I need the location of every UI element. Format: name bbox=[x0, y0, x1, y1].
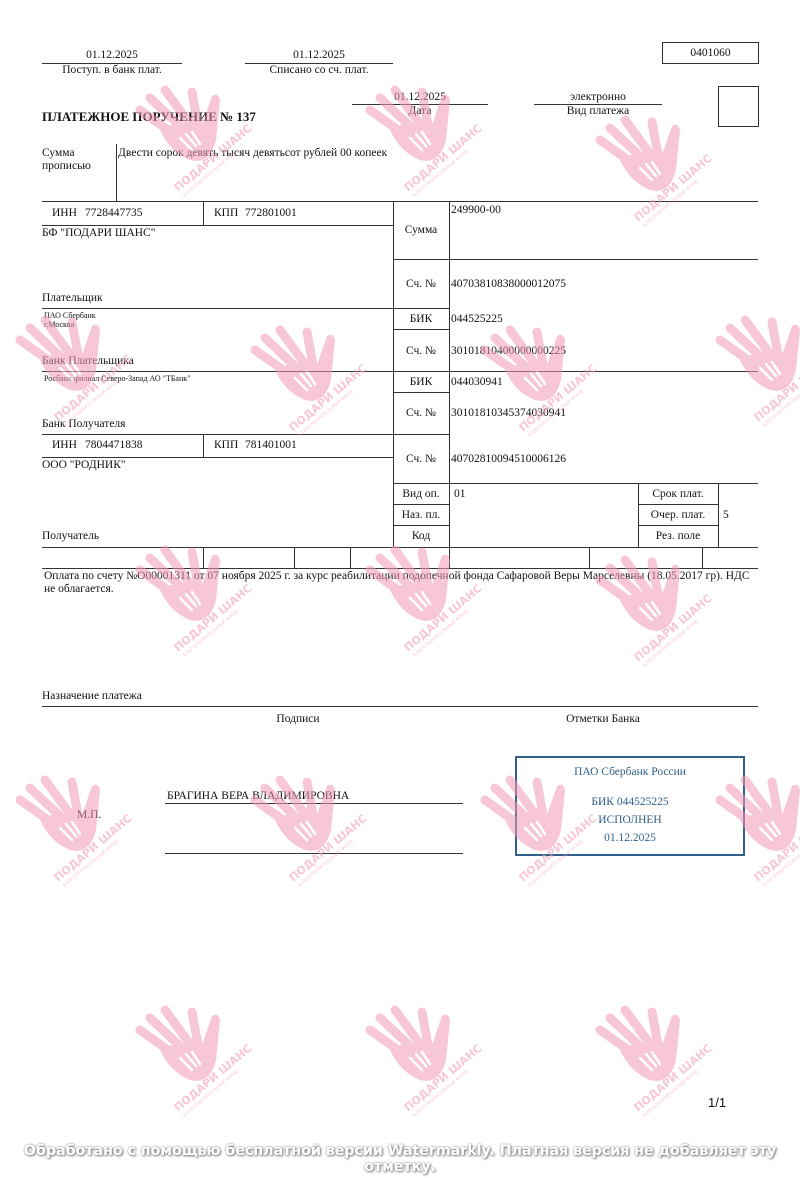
payer-bank-account: 30101810400000000225 bbox=[451, 345, 566, 357]
divider bbox=[42, 568, 758, 569]
watermark-logo-icon: ПОДАРИ ШАНС БЛАГОТВОРИТЕЛЬНЫЙ ФОНД bbox=[235, 320, 375, 440]
stamp-bik: БИК 044525225 bbox=[517, 796, 743, 808]
stamp-date: 01.12.2025 bbox=[517, 832, 743, 844]
recipient-account-label: Сч. № bbox=[393, 453, 449, 465]
payer-bank-account-label: Сч. № bbox=[393, 345, 449, 357]
code-label: Код bbox=[393, 530, 449, 542]
bank-marks-label: Отметки Банка bbox=[543, 713, 663, 725]
payer-bank-name: ПАО Сбербанк г.Москва bbox=[44, 311, 96, 329]
payment-type-label: Вид платежа bbox=[534, 105, 662, 117]
watermark-logo-icon: ПОДАРИ ШАНС БЛАГОТВОРИТЕЛЬНЫЙ ФОНД bbox=[350, 1000, 490, 1120]
term-label: Срок плат. bbox=[638, 488, 718, 500]
watermark-footer: Обработано с помощью бесплатной версии W… bbox=[0, 1143, 800, 1175]
svg-text:БЛАГОТВОРИТЕЛЬНЫЙ ФОНД: БЛАГОТВОРИТЕЛЬНЫЙ ФОНД bbox=[411, 1068, 469, 1119]
purpose-text: Оплата по счету №О00001311 от 07 ноября … bbox=[44, 570, 758, 596]
stamp-bank: ПАО Сбербанк России bbox=[517, 766, 743, 778]
signature-line bbox=[165, 803, 463, 804]
svg-text:ПОДАРИ ШАНС: ПОДАРИ ШАНС bbox=[752, 812, 800, 885]
bank-stamp: ПАО Сбербанк России БИК 044525225 ИСПОЛН… bbox=[515, 756, 745, 856]
stamp-place: М.П. bbox=[77, 809, 101, 821]
watermark-logo-icon: ПОДАРИ ШАНС БЛАГОТВОРИТЕЛЬНЫЙ ФОНД bbox=[120, 80, 260, 200]
amount-words-value: Двести сорок девять тысяч девятьсот рубл… bbox=[118, 147, 387, 159]
divider bbox=[589, 547, 590, 568]
svg-text:ПОДАРИ ШАНС: ПОДАРИ ШАНС bbox=[52, 812, 135, 885]
signer-name: БРАГИНА ВЕРА ВЛАДИМИРОВНА bbox=[167, 790, 349, 802]
svg-text:БЛАГОТВОРИТЕЛЬНЫЙ ФОНД: БЛАГОТВОРИТЕЛЬНЫЙ ФОНД bbox=[181, 608, 239, 659]
date-label: Дата bbox=[352, 105, 488, 117]
svg-text:ПОДАРИ ШАНС: ПОДАРИ ШАНС bbox=[287, 812, 370, 885]
purpose-label: Назначение платежа bbox=[42, 690, 142, 702]
svg-text:ПОДАРИ ШАНС: ПОДАРИ ШАНС bbox=[402, 1042, 485, 1115]
priority-label: Очер. плат. bbox=[638, 509, 718, 521]
divider bbox=[393, 525, 449, 526]
svg-text:БЛАГОТВОРИТЕЛЬНЫЙ ФОНД: БЛАГОТВОРИТЕЛЬНЫЙ ФОНД bbox=[641, 178, 699, 229]
divider bbox=[393, 392, 449, 393]
payer-inn-label: ИНН bbox=[52, 207, 77, 219]
divider bbox=[42, 225, 393, 226]
payer-account: 40703810838000012075 bbox=[451, 278, 566, 290]
svg-text:ПОДАРИ ШАНС: ПОДАРИ ШАНС bbox=[632, 152, 715, 225]
watermark-logo-icon: ПОДАРИ ШАНС БЛАГОТВОРИТЕЛЬНЫЙ ФОНД bbox=[580, 110, 720, 230]
amount-words-label: Сумма прописью bbox=[42, 147, 112, 173]
divider bbox=[449, 201, 450, 547]
svg-text:БЛАГОТВОРИТЕЛЬНЫЙ ФОНД: БЛАГОТВОРИТЕЛЬНЫЙ ФОНД bbox=[181, 1068, 239, 1119]
watermark-logo-icon: ПОДАРИ ШАНС БЛАГОТВОРИТЕЛЬНЫЙ ФОНД bbox=[0, 770, 140, 890]
payer-kpp-label: КПП bbox=[214, 207, 238, 219]
recipient-bank-account-label: Сч. № bbox=[393, 407, 449, 419]
recipient-kpp-label: КПП bbox=[214, 439, 238, 451]
svg-text:БЛАГОТВОРИТЕЛЬНЫЙ ФОНД: БЛАГОТВОРИТЕЛЬНЫЙ ФОНД bbox=[296, 388, 354, 439]
divider bbox=[393, 259, 758, 260]
debited-date: 01.12.2025 bbox=[245, 49, 393, 61]
signature-line bbox=[165, 853, 463, 854]
svg-text:БЛАГОТВОРИТЕЛЬНЫЙ ФОНД: БЛАГОТВОРИТЕЛЬНЫЙ ФОНД bbox=[761, 378, 800, 429]
svg-text:ПОДАРИ ШАНС: ПОДАРИ ШАНС bbox=[632, 592, 715, 665]
recipient-label: Получатель bbox=[42, 530, 99, 542]
payment-type: электронно bbox=[534, 91, 662, 103]
received-label: Поступ. в банк плат. bbox=[42, 64, 182, 76]
divider bbox=[42, 308, 449, 309]
divider bbox=[116, 144, 117, 201]
payer-bank-bik: 044525225 bbox=[451, 313, 503, 325]
recipient-bank-name: Росбанк филиал Северо-Запад АО "ТБанк" bbox=[44, 374, 190, 383]
recipient-bank-bik: 044030941 bbox=[451, 376, 503, 388]
op-type-label: Вид оп. bbox=[393, 488, 449, 500]
divider bbox=[294, 547, 295, 568]
divider bbox=[42, 371, 758, 372]
watermark-logo-icon: ПОДАРИ ШАНС БЛАГОТВОРИТЕЛЬНЫЙ ФОНД bbox=[580, 1000, 720, 1120]
watermark-logo-icon: ПОДАРИ ШАНС БЛАГОТВОРИТЕЛЬНЫЙ ФОНД bbox=[700, 310, 800, 430]
divider bbox=[42, 434, 449, 435]
received-date: 01.12.2025 bbox=[42, 49, 182, 61]
payer-bank-name-line2: г.Москва bbox=[44, 320, 96, 329]
purpose-type-label: Наз. пл. bbox=[393, 509, 449, 521]
reserve-label: Рез. поле bbox=[638, 530, 718, 542]
payer-label: Плательщик bbox=[42, 292, 103, 304]
divider bbox=[702, 547, 703, 568]
recipient-bank-bik-label: БИК bbox=[393, 376, 449, 388]
payer-bank-label: Банк Плательщика bbox=[42, 355, 134, 367]
divider bbox=[203, 201, 204, 225]
recipient-bank-account: 30101810345374030941 bbox=[451, 407, 566, 419]
signatures-label: Подписи bbox=[238, 713, 358, 725]
recipient-inn-label: ИНН bbox=[52, 439, 77, 451]
payer-bank-name-line1: ПАО Сбербанк bbox=[44, 311, 96, 320]
svg-text:ПОДАРИ ШАНС: ПОДАРИ ШАНС bbox=[752, 352, 800, 425]
svg-text:ПОДАРИ ШАНС: ПОДАРИ ШАНС bbox=[172, 1042, 255, 1115]
debited-label: Списано со сч. плат. bbox=[245, 64, 393, 76]
divider bbox=[42, 706, 758, 707]
svg-text:БЛАГОТВОРИТЕЛЬНЫЙ ФОНД: БЛАГОТВОРИТЕЛЬНЫЙ ФОНД bbox=[296, 838, 354, 889]
recipient-kpp: 781401001 bbox=[245, 439, 297, 451]
payer-name: БФ "ПОДАРИ ШАНС" bbox=[42, 227, 155, 239]
form-code: 0401060 bbox=[662, 42, 759, 64]
amount-value: 249900-00 bbox=[451, 204, 501, 216]
svg-text:ПОДАРИ ШАНС: ПОДАРИ ШАНС bbox=[402, 122, 485, 195]
recipient-bank-label: Банк Получателя bbox=[42, 418, 125, 430]
mark-box bbox=[718, 86, 759, 127]
divider bbox=[203, 434, 204, 457]
watermark-logo-icon: ПОДАРИ ШАНС БЛАГОТВОРИТЕЛЬНЫЙ ФОНД bbox=[350, 540, 490, 660]
svg-text:БЛАГОТВОРИТЕЛЬНЫЙ ФОНД: БЛАГОТВОРИТЕЛЬНЫЙ ФОНД bbox=[761, 838, 800, 889]
svg-text:БЛАГОТВОРИТЕЛЬНЫЙ ФОНД: БЛАГОТВОРИТЕЛЬНЫЙ ФОНД bbox=[641, 618, 699, 669]
recipient-account: 40702810094510006126 bbox=[451, 453, 566, 465]
divider bbox=[350, 547, 351, 568]
svg-text:БЛАГОТВОРИТЕЛЬНЫЙ ФОНД: БЛАГОТВОРИТЕЛЬНЫЙ ФОНД bbox=[641, 1068, 699, 1119]
watermark-logo-icon: ПОДАРИ ШАНС БЛАГОТВОРИТЕЛЬНЫЙ ФОНД bbox=[120, 1000, 260, 1120]
payer-kpp: 772801001 bbox=[245, 207, 297, 219]
svg-text:БЛАГОТВОРИТЕЛЬНЫЙ ФОНД: БЛАГОТВОРИТЕЛЬНЫЙ ФОНД bbox=[411, 608, 469, 659]
divider bbox=[718, 483, 719, 547]
divider bbox=[42, 457, 393, 458]
svg-text:ПОДАРИ ШАНС: ПОДАРИ ШАНС bbox=[517, 362, 600, 435]
divider bbox=[638, 504, 718, 505]
recipient-inn: 7804471838 bbox=[85, 439, 143, 451]
svg-text:БЛАГОТВОРИТЕЛЬНЫЙ ФОНД: БЛАГОТВОРИТЕЛЬНЫЙ ФОНД bbox=[411, 148, 469, 199]
amount-label: Сумма bbox=[393, 224, 449, 236]
payer-inn: 7728447735 bbox=[85, 207, 143, 219]
op-type: 01 bbox=[454, 488, 466, 500]
divider bbox=[449, 547, 450, 568]
watermark-logo-icon: ПОДАРИ ШАНС БЛАГОТВОРИТЕЛЬНЫЙ ФОНД bbox=[120, 540, 260, 660]
svg-text:БЛАГОТВОРИТЕЛЬНЫЙ ФОНД: БЛАГОТВОРИТЕЛЬНЫЙ ФОНД bbox=[61, 838, 119, 889]
divider bbox=[393, 504, 449, 505]
divider bbox=[638, 525, 718, 526]
document-title: ПЛАТЕЖНОЕ ПОРУЧЕНИЕ № 137 bbox=[42, 109, 256, 125]
divider bbox=[203, 547, 204, 568]
page-number: 1/1 bbox=[708, 1095, 726, 1110]
divider bbox=[42, 201, 758, 202]
divider bbox=[393, 329, 449, 330]
document-date: 01.12.2025 bbox=[352, 91, 488, 103]
divider bbox=[393, 483, 758, 484]
svg-text:ПОДАРИ ШАНС: ПОДАРИ ШАНС bbox=[287, 362, 370, 435]
svg-text:ПОДАРИ ШАНС: ПОДАРИ ШАНС bbox=[632, 1042, 715, 1115]
divider bbox=[42, 547, 758, 548]
stamp-status: ИСПОЛНЕН bbox=[517, 814, 743, 826]
watermark-logo-icon: ПОДАРИ ШАНС БЛАГОТВОРИТЕЛЬНЫЙ ФОНД bbox=[235, 770, 375, 890]
priority-value: 5 bbox=[723, 509, 729, 521]
payer-account-label: Сч. № bbox=[393, 278, 449, 290]
recipient-name: ООО "РОДНИК" bbox=[42, 459, 126, 471]
payer-bank-bik-label: БИК bbox=[393, 313, 449, 325]
